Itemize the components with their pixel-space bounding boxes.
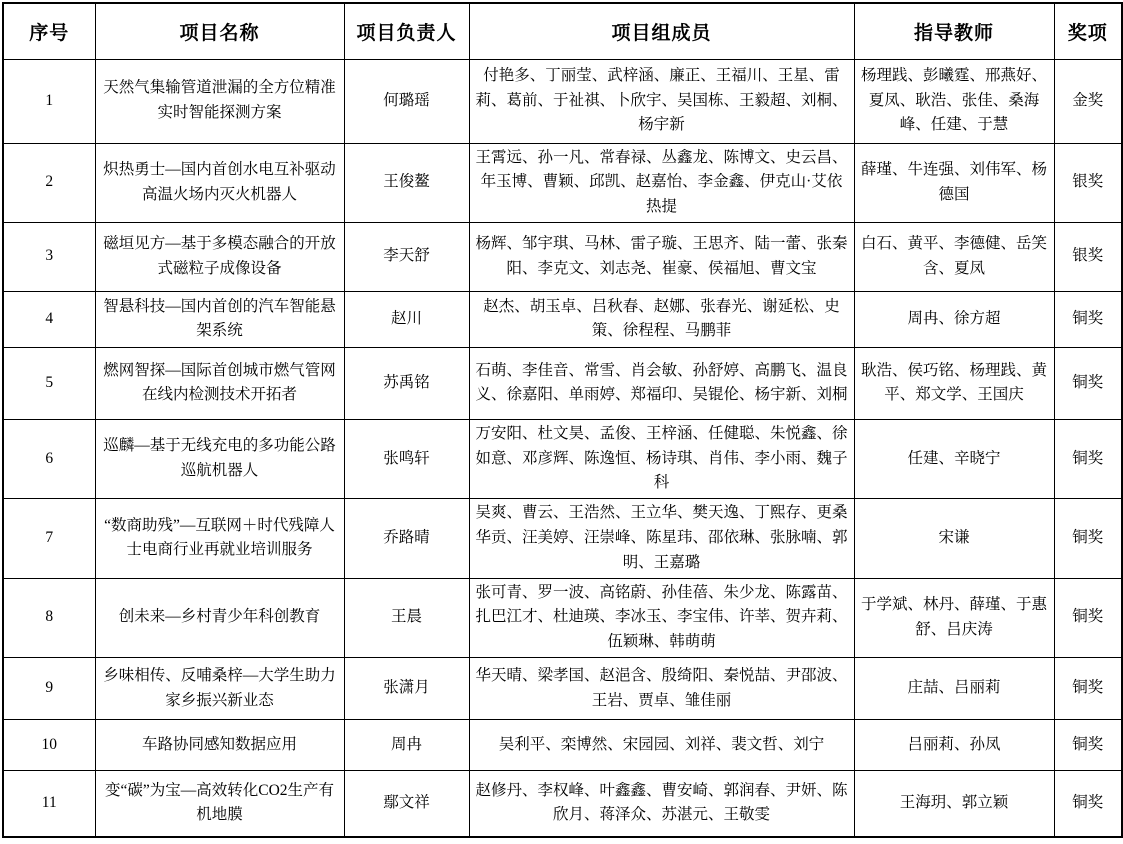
cell-no: 4 xyxy=(3,291,95,347)
header-advisors: 指导教师 xyxy=(854,3,1054,59)
cell-project-name: 巡麟—基于无线充电的多功能公路巡航机器人 xyxy=(95,419,344,498)
cell-advisors: 吕丽莉、孙凤 xyxy=(854,720,1054,771)
cell-members: 吴利平、栾博然、宋园园、刘祥、裴文哲、刘宁 xyxy=(469,720,854,771)
cell-leader: 何璐瑶 xyxy=(344,59,469,143)
cell-no: 7 xyxy=(3,499,95,578)
table-header: 序号 项目名称 项目负责人 项目组成员 指导教师 奖项 xyxy=(3,3,1122,59)
table-row: 7“数商助残”—互联网＋时代残障人士电商行业再就业培训服务乔路晴吴爽、曹云、王浩… xyxy=(3,499,1122,578)
table-row: 3磁垣见方—基于多模态融合的开放式磁粒子成像设备李天舒杨辉、邹宇琪、马林、雷子璇… xyxy=(3,222,1122,291)
cell-advisors: 耿浩、侯巧铭、杨理践、黄平、郑文学、王国庆 xyxy=(854,347,1054,419)
cell-no: 9 xyxy=(3,658,95,720)
cell-no: 2 xyxy=(3,143,95,222)
cell-leader: 王俊鳌 xyxy=(344,143,469,222)
cell-members: 赵修丹、李权峰、叶鑫鑫、曹安崎、郭润春、尹妍、陈欣月、蒋泽众、苏湛元、王敬雯 xyxy=(469,771,854,837)
cell-members: 付艳多、丁丽莹、武梓涵、廉正、王福川、王星、雷莉、葛前、于祉祺、卜欣宇、吴国栋、… xyxy=(469,59,854,143)
cell-no: 11 xyxy=(3,771,95,837)
cell-members: 石萌、李佳音、常雪、肖会敏、孙舒婷、高鹏飞、温良义、徐嘉阳、单雨婷、郑福印、吴锟… xyxy=(469,347,854,419)
header-members: 项目组成员 xyxy=(469,3,854,59)
cell-leader: 周冉 xyxy=(344,720,469,771)
cell-no: 10 xyxy=(3,720,95,771)
cell-award: 铜奖 xyxy=(1054,291,1122,347)
cell-project-name: 智悬科技—国内首创的汽车智能悬架系统 xyxy=(95,291,344,347)
cell-project-name: 乡味相传、反哺桑梓—大学生助力家乡振兴新业态 xyxy=(95,658,344,720)
cell-members: 张可青、罗一波、高铭蔚、孙佳蓓、朱少龙、陈露苗、扎巴江才、杜迪瑛、李冰玉、李宝伟… xyxy=(469,578,854,657)
table-row: 1天然气集输管道泄漏的全方位精准实时智能探测方案何璐瑶付艳多、丁丽莹、武梓涵、廉… xyxy=(3,59,1122,143)
cell-award: 铜奖 xyxy=(1054,720,1122,771)
header-no: 序号 xyxy=(3,3,95,59)
table-row: 6巡麟—基于无线充电的多功能公路巡航机器人张鸣轩万安阳、杜文昊、孟俊、王梓涵、任… xyxy=(3,419,1122,498)
cell-award: 金奖 xyxy=(1054,59,1122,143)
cell-members: 万安阳、杜文昊、孟俊、王梓涵、任健聪、朱悦鑫、徐如意、邓彦辉、陈逸恒、杨诗琪、肖… xyxy=(469,419,854,498)
cell-no: 3 xyxy=(3,222,95,291)
header-project-name: 项目名称 xyxy=(95,3,344,59)
cell-leader: 鄢文祥 xyxy=(344,771,469,837)
cell-advisors: 于学斌、林丹、薛瑾、于惠舒、吕庆涛 xyxy=(854,578,1054,657)
cell-members: 王霄远、孙一凡、常春禄、丛鑫龙、陈博文、史云昌、年玉博、曹颖、邱凯、赵嘉怡、李金… xyxy=(469,143,854,222)
cell-project-name: 变“碳”为宝—高效转化CO2生产有机地膜 xyxy=(95,771,344,837)
cell-award: 铜奖 xyxy=(1054,499,1122,578)
cell-project-name: 天然气集输管道泄漏的全方位精准实时智能探测方案 xyxy=(95,59,344,143)
cell-award: 铜奖 xyxy=(1054,658,1122,720)
table-row: 8创未来—乡村青少年科创教育王晨张可青、罗一波、高铭蔚、孙佳蓓、朱少龙、陈露苗、… xyxy=(3,578,1122,657)
table-row: 10车路协同感知数据应用周冉吴利平、栾博然、宋园园、刘祥、裴文哲、刘宁吕丽莉、孙… xyxy=(3,720,1122,771)
cell-award: 铜奖 xyxy=(1054,578,1122,657)
cell-advisors: 王海玥、郭立颖 xyxy=(854,771,1054,837)
table-row: 11变“碳”为宝—高效转化CO2生产有机地膜鄢文祥赵修丹、李权峰、叶鑫鑫、曹安崎… xyxy=(3,771,1122,837)
cell-award: 银奖 xyxy=(1054,143,1122,222)
cell-leader: 王晨 xyxy=(344,578,469,657)
cell-members: 赵杰、胡玉卓、吕秋春、赵娜、张春光、谢延松、史策、徐程程、马鹏菲 xyxy=(469,291,854,347)
cell-leader: 苏禹铭 xyxy=(344,347,469,419)
cell-no: 6 xyxy=(3,419,95,498)
cell-leader: 乔路晴 xyxy=(344,499,469,578)
cell-advisors: 杨理践、彭曦霆、邢燕好、夏凤、耿浩、张佳、桑海峰、任建、于慧 xyxy=(854,59,1054,143)
cell-members: 杨辉、邹宇琪、马林、雷子璇、王思齐、陆一蕾、张秦阳、李克文、刘志尧、崔豪、侯福旭… xyxy=(469,222,854,291)
header-award: 奖项 xyxy=(1054,3,1122,59)
cell-leader: 张鸣轩 xyxy=(344,419,469,498)
table-row: 5燃网智探—国际首创城市燃气管网在线内检测技术开拓者苏禹铭石萌、李佳音、常雪、肖… xyxy=(3,347,1122,419)
cell-advisors: 周冉、徐方超 xyxy=(854,291,1054,347)
cell-award: 铜奖 xyxy=(1054,419,1122,498)
table-row: 9乡味相传、反哺桑梓—大学生助力家乡振兴新业态张潇月华天晴、梁孝国、赵浥含、殷绮… xyxy=(3,658,1122,720)
cell-members: 华天晴、梁孝国、赵浥含、殷绮阳、秦悦喆、尹邵波、王岩、贾卓、雏佳丽 xyxy=(469,658,854,720)
cell-advisors: 薛瑾、牛连强、刘伟军、杨德国 xyxy=(854,143,1054,222)
cell-advisors: 任建、辛晓宁 xyxy=(854,419,1054,498)
cell-advisors: 庄喆、吕丽莉 xyxy=(854,658,1054,720)
cell-leader: 张潇月 xyxy=(344,658,469,720)
header-row: 序号 项目名称 项目负责人 项目组成员 指导教师 奖项 xyxy=(3,3,1122,59)
cell-no: 5 xyxy=(3,347,95,419)
cell-project-name: 燃网智探—国际首创城市燃气管网在线内检测技术开拓者 xyxy=(95,347,344,419)
cell-leader: 李天舒 xyxy=(344,222,469,291)
cell-project-name: “数商助残”—互联网＋时代残障人士电商行业再就业培训服务 xyxy=(95,499,344,578)
cell-award: 铜奖 xyxy=(1054,347,1122,419)
cell-advisors: 宋谦 xyxy=(854,499,1054,578)
cell-advisors: 白石、黄平、李德健、岳笑含、夏凤 xyxy=(854,222,1054,291)
cell-award: 铜奖 xyxy=(1054,771,1122,837)
cell-no: 8 xyxy=(3,578,95,657)
cell-no: 1 xyxy=(3,59,95,143)
cell-project-name: 磁垣见方—基于多模态融合的开放式磁粒子成像设备 xyxy=(95,222,344,291)
cell-award: 银奖 xyxy=(1054,222,1122,291)
cell-leader: 赵川 xyxy=(344,291,469,347)
cell-members: 吴爽、曹云、王浩然、王立华、樊天逸、丁熙存、更桑华贡、汪美婷、汪崇峰、陈星玮、邵… xyxy=(469,499,854,578)
table-row: 2炽热勇士—国内首创水电互补驱动高温火场内灭火机器人王俊鳌王霄远、孙一凡、常春禄… xyxy=(3,143,1122,222)
table-body: 1天然气集输管道泄漏的全方位精准实时智能探测方案何璐瑶付艳多、丁丽莹、武梓涵、廉… xyxy=(3,59,1122,837)
cell-project-name: 创未来—乡村青少年科创教育 xyxy=(95,578,344,657)
cell-project-name: 车路协同感知数据应用 xyxy=(95,720,344,771)
awards-table: 序号 项目名称 项目负责人 项目组成员 指导教师 奖项 1天然气集输管道泄漏的全… xyxy=(2,2,1123,838)
table-row: 4智悬科技—国内首创的汽车智能悬架系统赵川赵杰、胡玉卓、吕秋春、赵娜、张春光、谢… xyxy=(3,291,1122,347)
header-leader: 项目负责人 xyxy=(344,3,469,59)
cell-project-name: 炽热勇士—国内首创水电互补驱动高温火场内灭火机器人 xyxy=(95,143,344,222)
